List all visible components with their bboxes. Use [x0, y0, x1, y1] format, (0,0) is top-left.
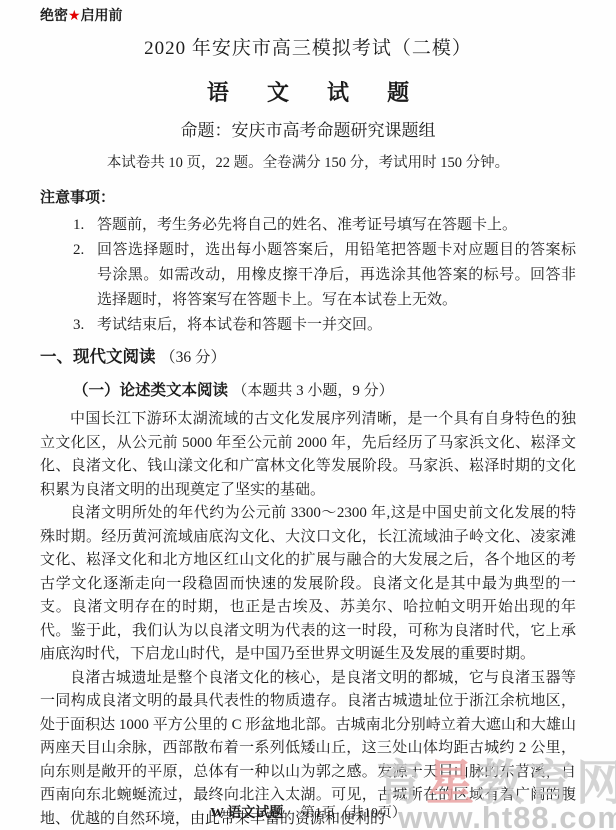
subsection-score: （本题共 3 小题，9 分） [232, 383, 393, 399]
footer-page-number: 第1页（共10页） [301, 806, 406, 821]
footer-doc-label: W 语文试题 [210, 806, 283, 821]
note-item-3: 3. 考试结束后，将本试卷和答题卡一并交回。 [73, 313, 576, 338]
star-icon: ★ [68, 7, 81, 23]
notes-list: 1. 答题前，考生务必先将自己的姓名、准考证号填写在答题卡上。 2. 回答选择题… [0, 213, 616, 338]
notes-heading: 注意事项： [40, 187, 616, 209]
classification-pre: 绝密 [40, 7, 68, 23]
subsection-title: （一）论述类文本阅读 [73, 382, 228, 399]
exam-info-line: 本试卷共 10 页，22 题。全卷满分 150 分，考试用时 150 分钟。 [0, 153, 616, 173]
note-text: 回答选择题时，选出每小题答案后，用铅笔把答题卡对应题目的答案标号涂黑。如需改动，… [97, 238, 576, 313]
section-heading-modern-reading: 一、现代文阅读 （36 分） [40, 344, 616, 371]
section-title: 一、现代文阅读 [40, 348, 156, 366]
note-number: 2. [73, 238, 97, 313]
exam-paper-page: 绝密★启用前 2020 年安庆市高三模拟考试（二模） 语 文 试 题 命题：安庆… [0, 0, 616, 830]
passage-paragraph-2: 良渚文明所处的年代约为公元前 3300～2300 年,这是中国史前文化发展的特殊… [40, 502, 576, 667]
note-text: 答题前，考生务必先将自己的姓名、准考证号填写在答题卡上。 [97, 213, 517, 238]
exam-title: 2020 年安庆市高三模拟考试（二模） [0, 37, 616, 61]
classification-banner: 绝密★启用前 [0, 0, 616, 25]
passage-paragraph-1: 中国长江下游环太湖流域的古文化发展序列清晰，是一个具有自身特色的独立文化区，从公… [40, 408, 576, 502]
section-score: （36 分） [160, 349, 226, 366]
note-number: 3. [73, 313, 97, 338]
subsection-heading-argumentative-reading: （一）论述类文本阅读 （本题共 3 小题，9 分） [73, 379, 616, 403]
classification-post: 启用前 [81, 7, 123, 23]
note-item-2: 2. 回答选择题时，选出每小题答案后，用铅笔把答题卡对应题目的答案标号涂黑。如需… [73, 238, 576, 313]
reading-passage: 中国长江下游环太湖流域的古文化发展序列清晰，是一个具有自身特色的独立文化区，从公… [0, 408, 616, 830]
note-text: 考试结束后，将本试卷和答题卡一并交回。 [97, 313, 382, 338]
page-footer: W 语文试题 第1页（共10页） [0, 804, 616, 824]
subject-title: 语 文 试 题 [0, 79, 616, 107]
note-item-1: 1. 答题前，考生务必先将自己的姓名、准考证号填写在答题卡上。 [73, 213, 576, 238]
note-number: 1. [73, 213, 97, 238]
proposer-line: 命题：安庆市高考命题研究课题组 [0, 119, 616, 143]
